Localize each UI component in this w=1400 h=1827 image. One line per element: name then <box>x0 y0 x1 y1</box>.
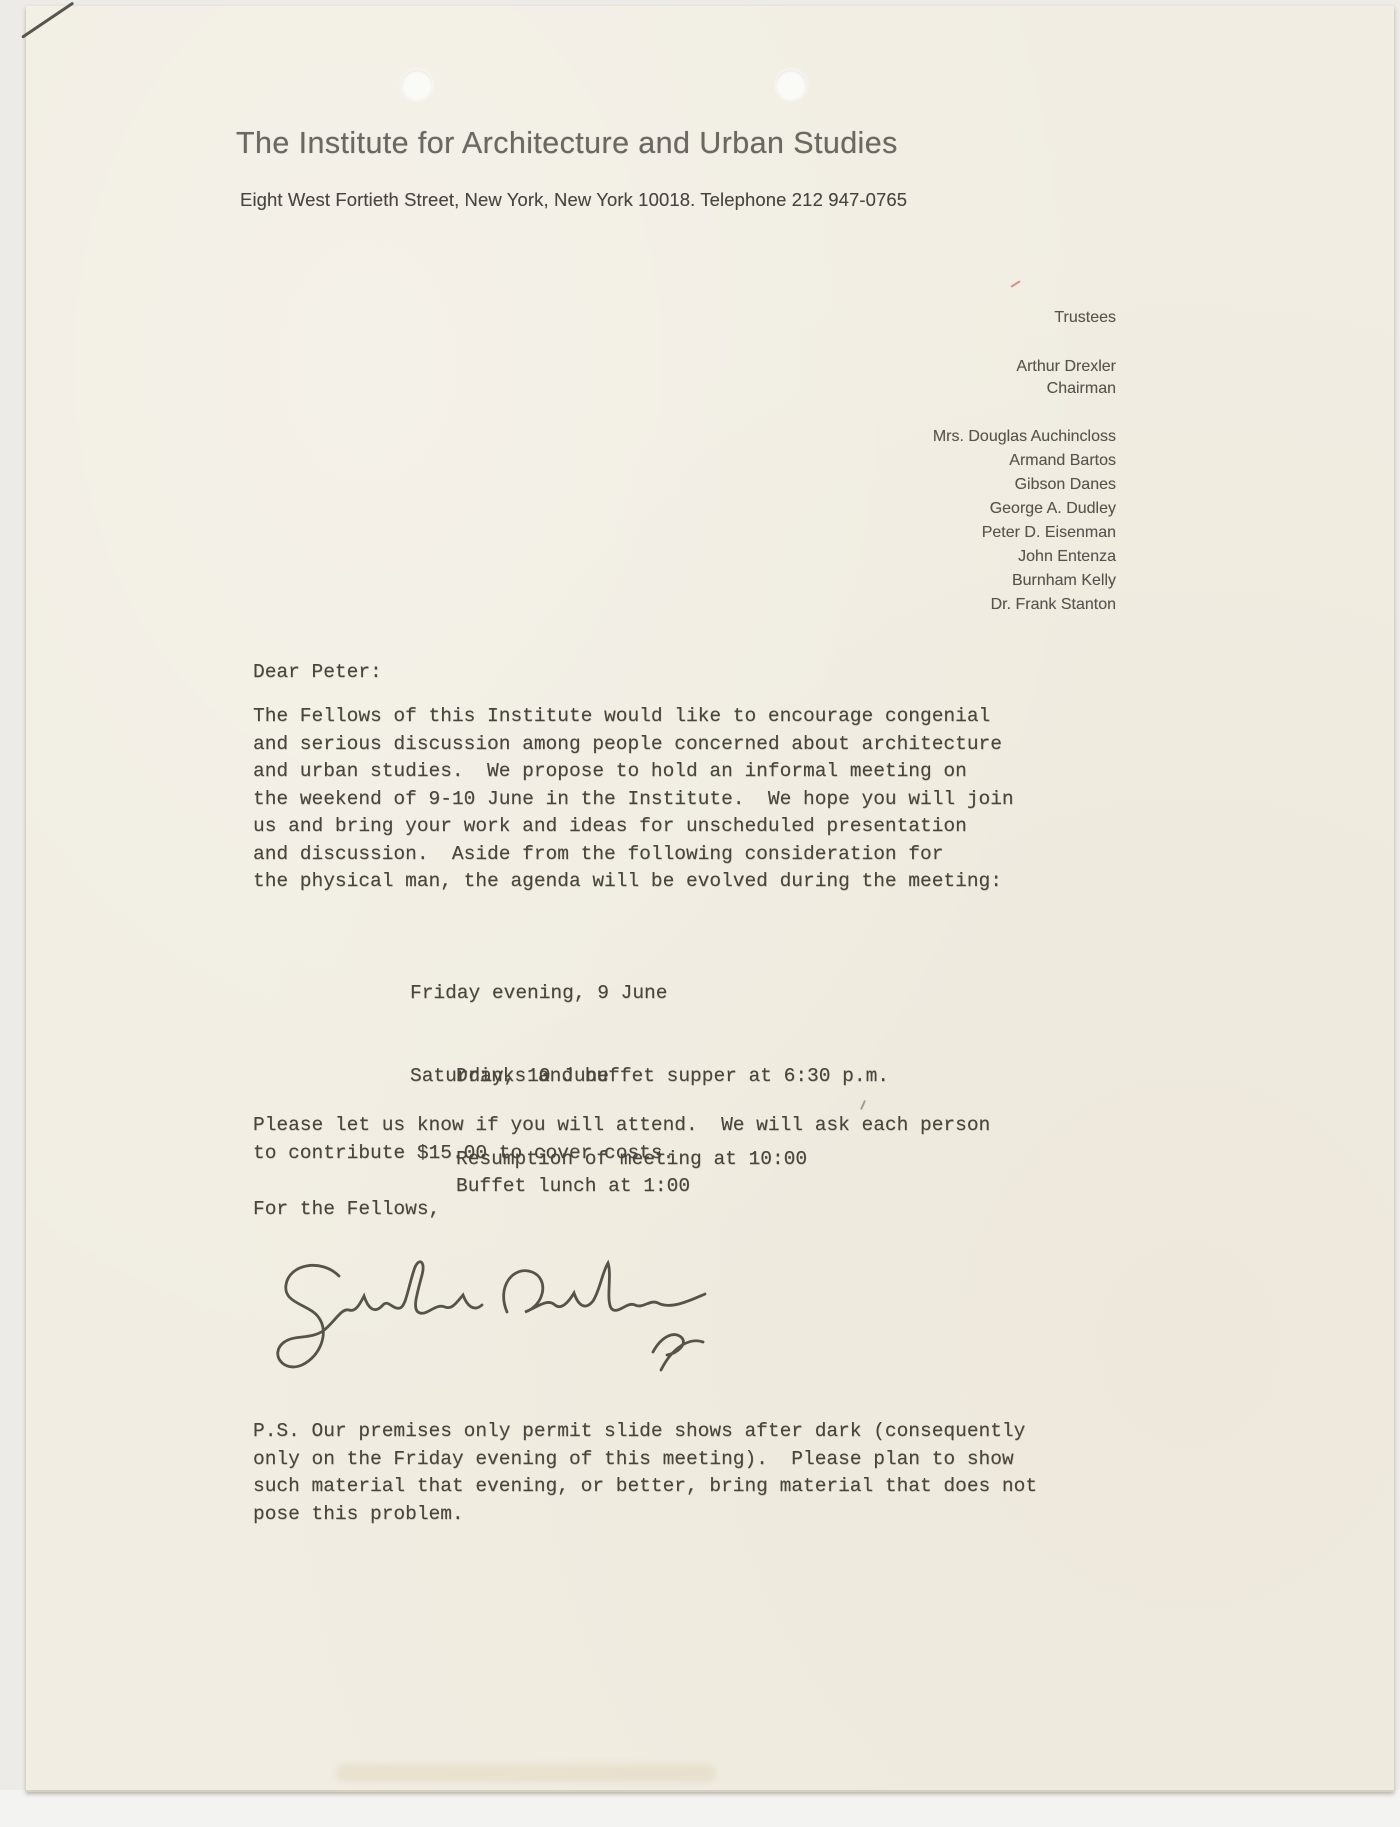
trustee-name: Gibson Danes <box>933 473 1116 497</box>
letterhead-title: The Institute for Architecture and Urban… <box>236 126 898 161</box>
letter-paragraph: Please let us know if you will attend. W… <box>253 1112 990 1167</box>
postscript: P.S. Our premises only permit slide show… <box>253 1418 1037 1528</box>
trustee-name: Peter D. Eisenman <box>933 521 1116 545</box>
ink-bleedthrough-smudge <box>336 1764 716 1782</box>
red-pencil-mark <box>1010 280 1020 288</box>
schedule-day: Friday evening, 9 June <box>410 980 889 1008</box>
salutation: Dear Peter: <box>253 659 382 687</box>
trustees-chairman: Arthur Drexler Chairman <box>933 356 1116 400</box>
trustee-name: John Entenza <box>933 545 1116 569</box>
trustee-name: Dr. Frank Stanton <box>933 593 1116 617</box>
closing-line: For the Fellows, <box>253 1196 440 1224</box>
trustee-chairman-title: Chairman <box>933 378 1116 400</box>
trustee-chairman-name: Arthur Drexler <box>933 356 1116 378</box>
punch-hole-icon <box>776 70 806 100</box>
trustee-name: Armand Bartos <box>933 449 1116 473</box>
scanned-letter: The Institute for Architecture and Urban… <box>0 0 1400 1827</box>
trustee-name: Burnham Kelly <box>933 569 1116 593</box>
signature: Stanford Anderson <box>255 1252 725 1392</box>
trustee-name: George A. Dudley <box>933 497 1116 521</box>
letterhead-address: Eight West Fortieth Street, New York, Ne… <box>240 189 907 211</box>
letter-paragraph: The Fellows of this Institute would like… <box>253 703 1014 896</box>
letter-page: The Institute for Architecture and Urban… <box>26 6 1394 1792</box>
trustee-name: Mrs. Douglas Auchincloss <box>933 425 1116 449</box>
trustees-names: Arthur Drexler Chairman Mrs. Douglas Auc… <box>933 303 1116 539</box>
trustees-members: Mrs. Douglas Auchincloss Armand Bartos G… <box>933 425 1116 617</box>
punch-hole-icon <box>402 70 432 100</box>
schedule-day: Saturday, 10 June <box>410 1063 807 1091</box>
signature-handwriting-icon <box>255 1252 725 1392</box>
